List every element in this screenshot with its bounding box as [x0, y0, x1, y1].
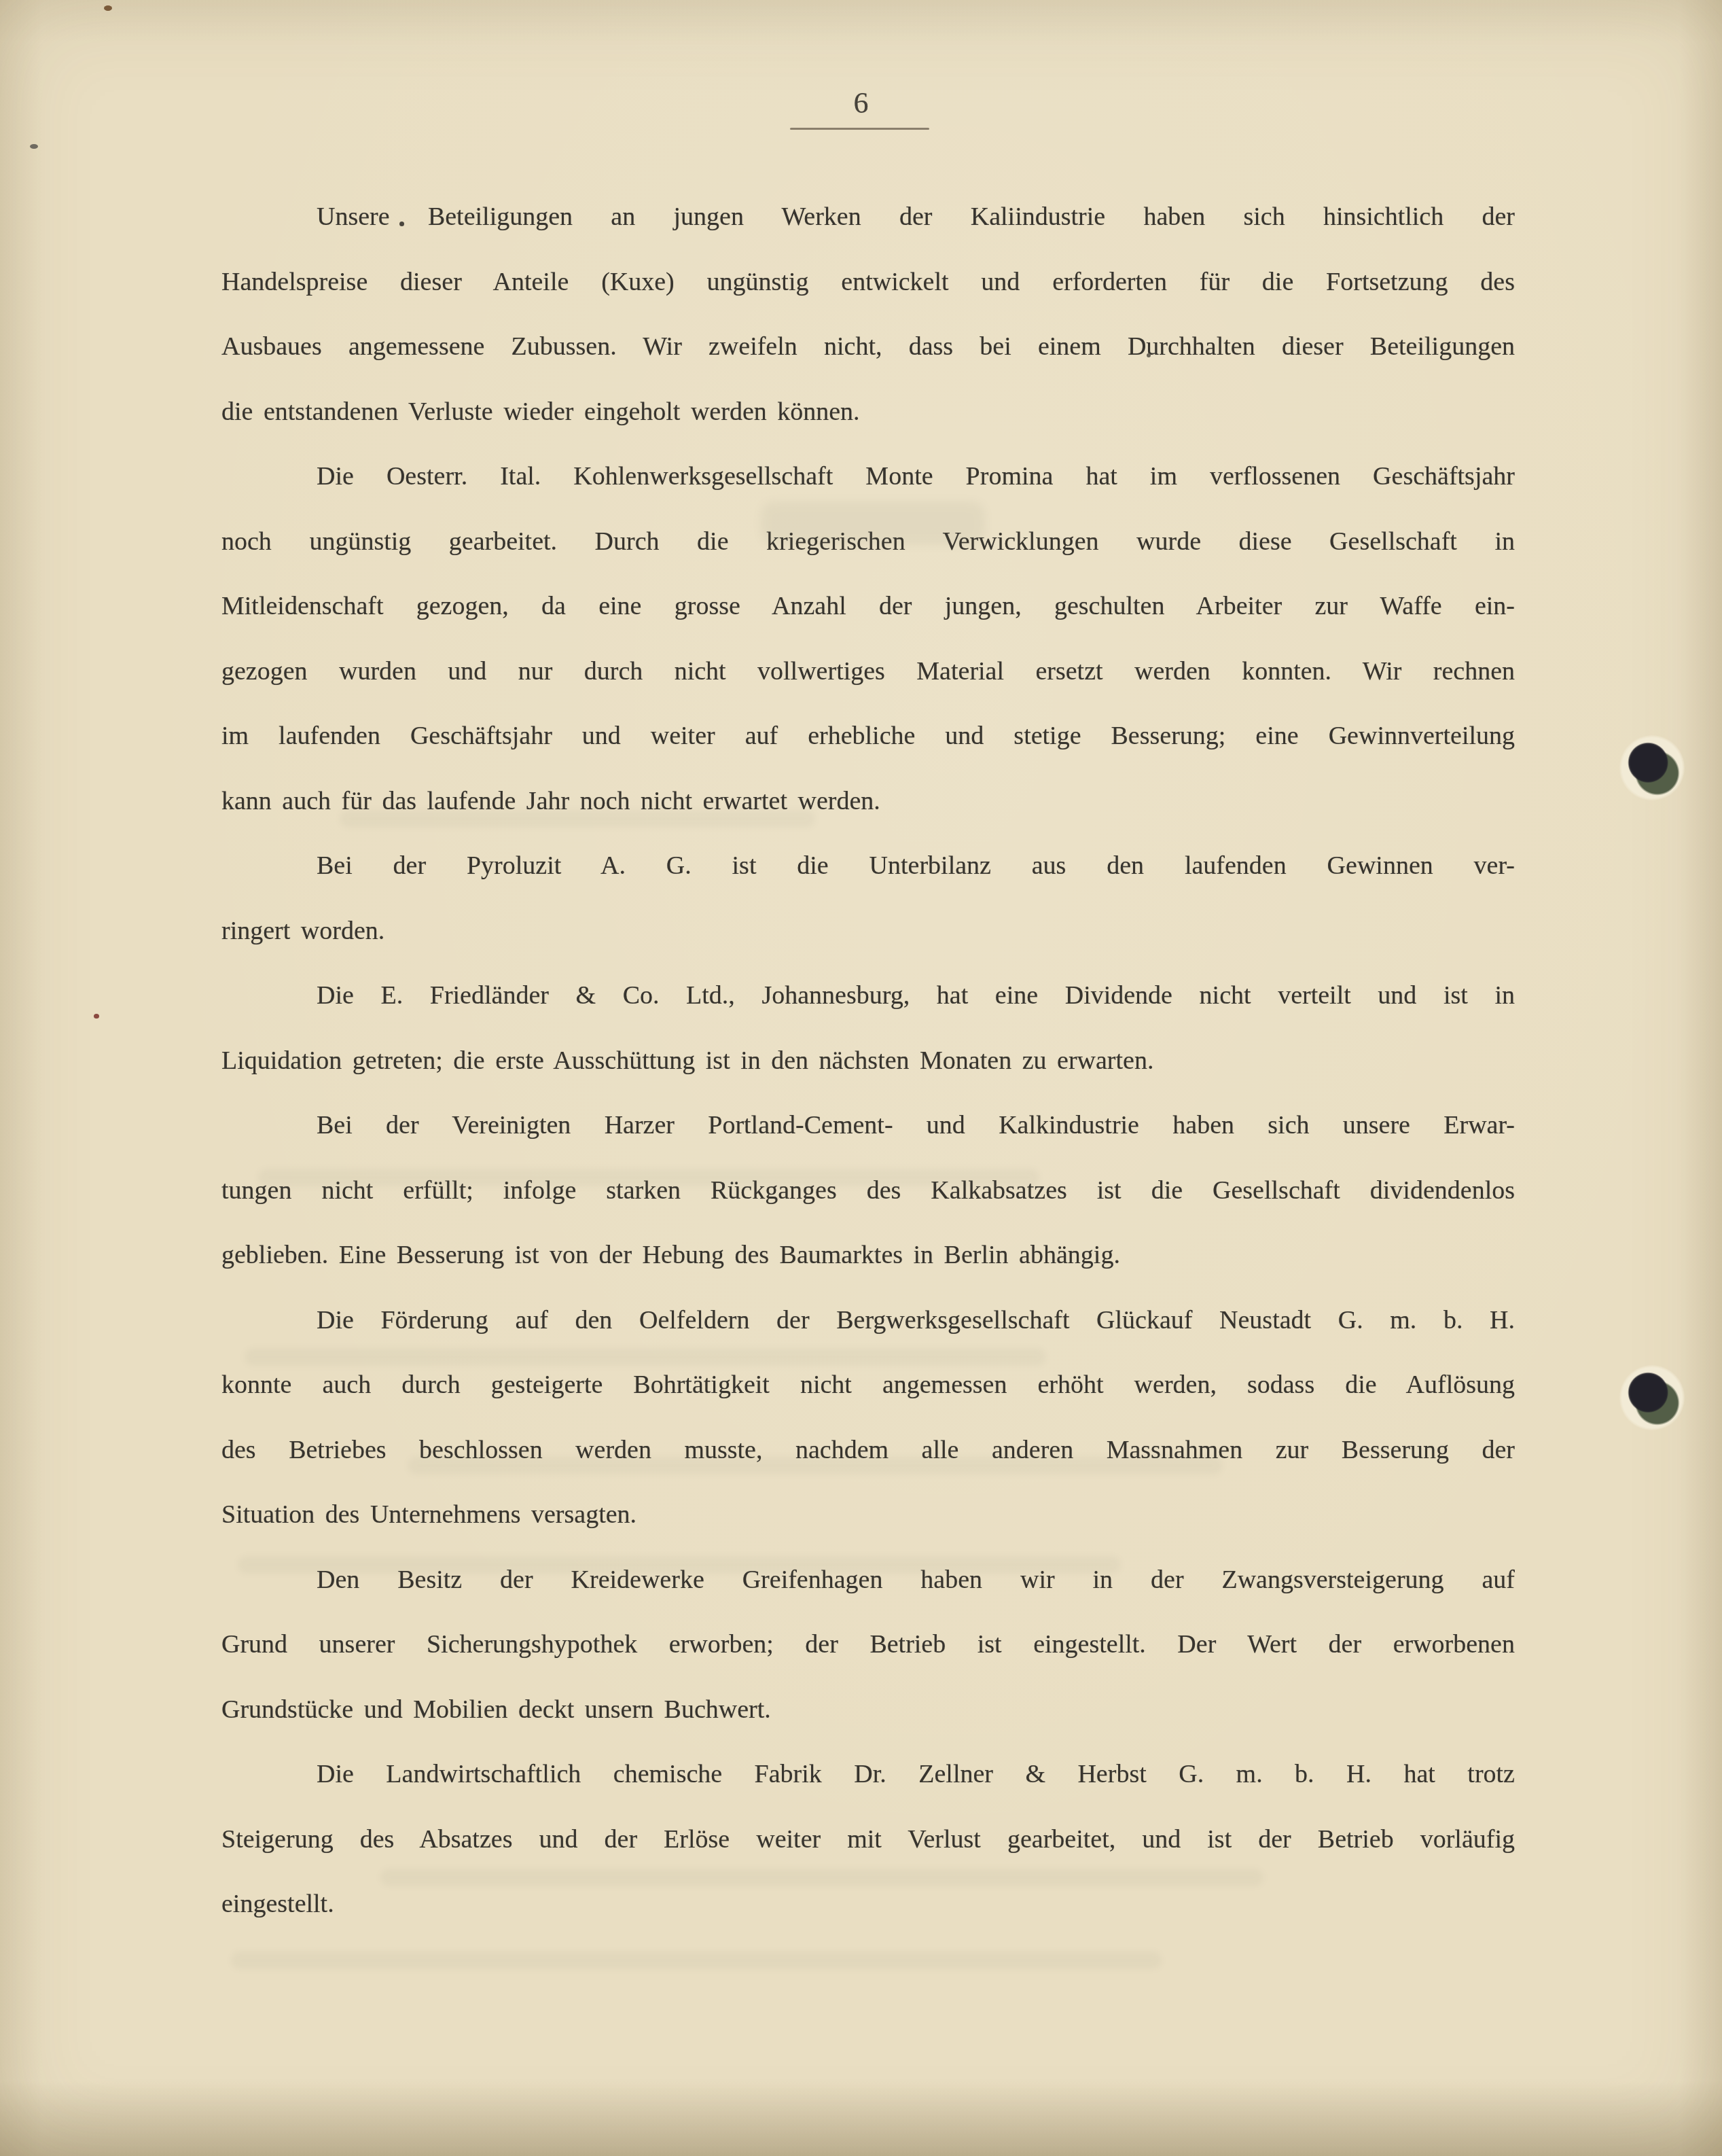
text-line: Ausbaues angemessene Zubussen. Wir zweif…	[221, 315, 1515, 380]
paper-speck	[104, 5, 112, 11]
paragraph: Den Besitz der Kreidewerke Greifenhagen …	[221, 1548, 1515, 1743]
text-line: Liquidation getreten; die erste Ausschüt…	[221, 1029, 1515, 1094]
paragraph: Unsere Beteiligungen an jungen Werken de…	[221, 185, 1515, 444]
text-line: Bei der Vereinigten Harzer Portland-Ceme…	[221, 1093, 1515, 1159]
paper-speck	[1147, 353, 1151, 357]
text-line: Situation des Unternehmens versagten.	[221, 1483, 1515, 1548]
text-line: Grund unserer Sicherungshypothek erworbe…	[221, 1612, 1515, 1678]
text-line: gezogen wurden und nur durch nicht vollw…	[221, 639, 1515, 705]
paragraph: Die E. Friedländer & Co. Ltd., Johannesb…	[221, 964, 1515, 1093]
punch-hole	[1619, 1365, 1685, 1430]
text-line: Die Landwirtschaftlich chemische Fabrik …	[221, 1742, 1515, 1807]
paragraph: Die Förderung auf den Oelfeldern der Ber…	[221, 1288, 1515, 1548]
show-through-smudge	[245, 1348, 1046, 1366]
text-line: Handelspreise dieser Anteile (Kuxe) ungü…	[221, 250, 1515, 315]
text-line: tungen nicht erfüllt; infolge starken Rü…	[221, 1159, 1515, 1224]
show-through-smudge	[380, 1869, 1263, 1886]
text-line: Mitleidenschaft gezogen, da eine grosse …	[221, 574, 1515, 639]
text-body: Unsere Beteiligungen an jungen Werken de…	[221, 185, 1515, 1937]
text-line: Bei der Pyroluzit A. G. ist die Unterbil…	[221, 834, 1515, 899]
scanned-page: 6 Unsere Beteiligungen an jungen Werken …	[0, 0, 1722, 2156]
page-number-rule	[790, 128, 929, 130]
text-line: die entstandenen Verluste wieder eingeho…	[221, 380, 1515, 445]
punch-hole	[1619, 735, 1685, 800]
page-number: 6	[0, 87, 1722, 120]
paragraph: Bei der Pyroluzit A. G. ist die Unterbil…	[221, 834, 1515, 964]
paper-speck	[30, 144, 38, 149]
show-through-smudge	[258, 1169, 1039, 1186]
show-through-smudge	[340, 810, 815, 828]
text-line: Die Oesterr. Ital. Kohlenwerksgesellscha…	[221, 444, 1515, 510]
paragraph: Bei der Vereinigten Harzer Portland-Ceme…	[221, 1093, 1515, 1288]
text-line: Die Förderung auf den Oelfeldern der Ber…	[221, 1288, 1515, 1354]
show-through-smudge	[408, 1457, 1223, 1474]
paper-speck	[94, 1014, 99, 1019]
text-line: im laufenden Geschäftsjahr und weiter au…	[221, 704, 1515, 769]
paper-speck	[399, 222, 404, 226]
show-through-smudge	[238, 1556, 1121, 1574]
text-line: Die E. Friedländer & Co. Ltd., Johannesb…	[221, 964, 1515, 1029]
text-line: Unsere Beteiligungen an jungen Werken de…	[221, 185, 1515, 250]
text-line: ringert worden.	[221, 899, 1515, 964]
show-through-smudge	[231, 1951, 1162, 1969]
paragraph: Die Landwirtschaftlich chemische Fabrik …	[221, 1742, 1515, 1937]
text-line: geblieben. Eine Besserung ist von der He…	[221, 1223, 1515, 1288]
text-line: Steigerung des Absatzes und der Erlöse w…	[221, 1807, 1515, 1873]
text-line: Grundstücke und Mobilien deckt unsern Bu…	[221, 1678, 1515, 1743]
show-through-smudge	[761, 501, 985, 545]
